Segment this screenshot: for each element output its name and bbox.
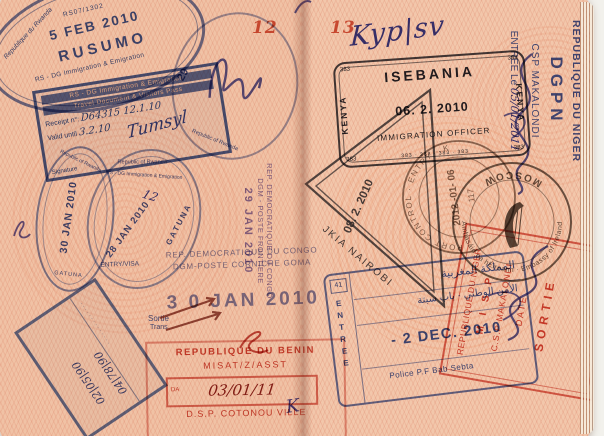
red-arrow-marks [156,292,226,332]
purple-pen-mark [8,210,34,244]
spine-pen-tick [292,0,314,16]
city-text: MOSCOW [480,169,544,189]
receipt-label: Receipt n°: [45,116,80,128]
passport-photo: 12 13 Republique du Rwanda RS07/1302 5 F… [0,0,604,436]
handwritten-mark: K [285,395,301,418]
stamp-number-box: 41 [329,278,348,294]
pen-signature-scribble [198,35,282,132]
date-text: - 2 DEC. 2010 [390,319,503,348]
office-text: GATUNA [54,270,83,279]
svg-text:MOSCOW: MOSCOW [480,169,544,189]
ring-text: Republic of Rwanda [59,149,102,174]
red-pen-squiggle [232,322,276,362]
date-text: 08. 2. 2010 [342,178,376,235]
ring-inner-text: RS - DG Immigration & Emigration [106,170,183,181]
date-text: 29 [175,67,191,83]
entry-type-text: ENTRY/VISA [100,260,139,268]
side-dots: ·············· [79,301,113,347]
entree-vertical-text: ENTREE [334,299,352,372]
arabic-line2: الأمن الوطني · باب سبتة [417,283,519,306]
office-text: D.S.P. COTONOU VILLE [148,406,344,419]
office-text: GATUNA [164,202,193,247]
arabic-line1: المملكة المغربية [440,258,515,280]
morocco-entry-stamp: 41 ENTREE المملكة المغربية الأمن الوطني … [323,250,540,408]
valid-until-handwriting: 3.2.10 [79,122,111,138]
passport-spread: 12 13 Republique du Rwanda RS07/1302 5 F… [0,0,592,436]
date-text: 30 JAN 2010 [58,180,80,254]
valid-until-label: Valid until [47,131,78,143]
page-edges [580,2,594,434]
ring-text: Republic of Rwanda [118,159,167,165]
